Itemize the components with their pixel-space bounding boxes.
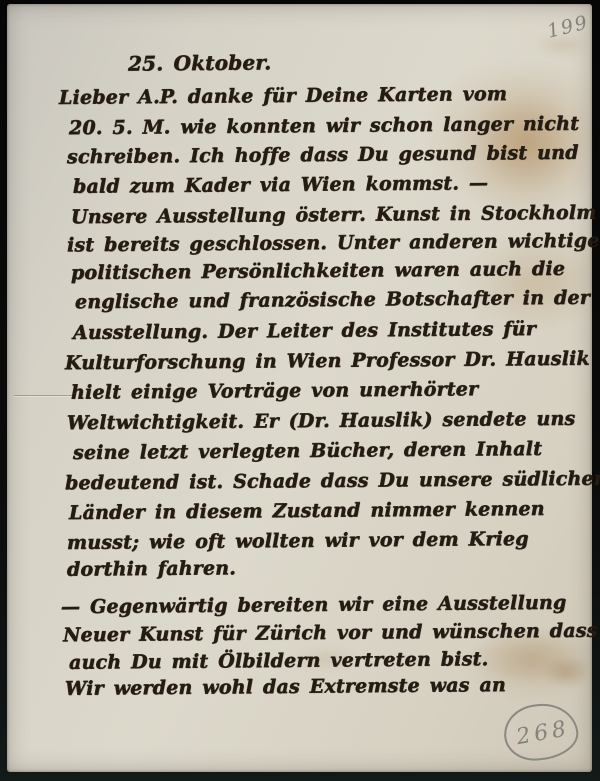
archive-number-circle: 268 — [501, 700, 580, 763]
letter-line: Lieber A.P. danke für Deine Karten vom — [59, 81, 507, 111]
letter-line: Neuer Kunst für Zürich vor und wünschen … — [63, 618, 598, 649]
letter-line: Ausstellung. Der Leiter des Institutes f… — [73, 316, 536, 346]
letter-page: 199 25. Oktober. Lieber A.P. danke für D… — [7, 4, 592, 772]
letter-line: musst; wie oft wollten wir vor dem Krieg — [67, 526, 529, 556]
page-number-pencil-bottom: 268 — [514, 716, 572, 750]
letter-line: Wir werden wohl das Extremste was an — [65, 672, 506, 702]
letter-line: Länder in diesem Zustand nimmer kennen — [69, 496, 545, 526]
scanned-letter-view: 199 25. Oktober. Lieber A.P. danke für D… — [0, 0, 600, 781]
page-number-pencil-top: 199 — [545, 11, 591, 43]
letter-line: Weltwichtigkeit. Er (Dr. Hauslik) sendet… — [67, 406, 576, 436]
paper-stain — [543, 656, 591, 688]
letter-line: Unsere Ausstellung österr. Kunst in Stoc… — [71, 200, 597, 231]
letter-line: dorthin fahren. — [67, 555, 236, 582]
letter-line: ist bereits geschlossen. Unter anderen w… — [67, 228, 600, 259]
letter-line: bald zum Kader via Wien kommst. — — [73, 170, 488, 200]
letter-date: 25. Oktober. — [128, 49, 272, 76]
letter-line: bedeutend ist. Schade dass Du unsere süd… — [65, 466, 600, 497]
letter-line: schreiben. Ich hoffe dass Du gesund bist… — [67, 140, 579, 170]
letter-line: Kulturforschung in Wien Professor Dr. Ha… — [65, 346, 590, 377]
letter-line: — Gegenwärtig bereiten wir eine Ausstell… — [61, 590, 567, 620]
letter-line: seine letzt verlegten Bücher, deren Inha… — [73, 436, 542, 466]
letter-line: hielt einige Vorträge von unerhörter — [71, 376, 478, 406]
fold-crease — [14, 395, 72, 396]
letter-line: politischen Persönlichkeiten waren auch … — [71, 256, 565, 286]
letter-line: 20. 5. M. wie konnten wir schon langer n… — [69, 111, 579, 141]
letter-line: englische und französische Botschafter i… — [75, 285, 590, 315]
letter-line: auch Du mit Ölbildern vertreten bist. — [69, 646, 489, 676]
